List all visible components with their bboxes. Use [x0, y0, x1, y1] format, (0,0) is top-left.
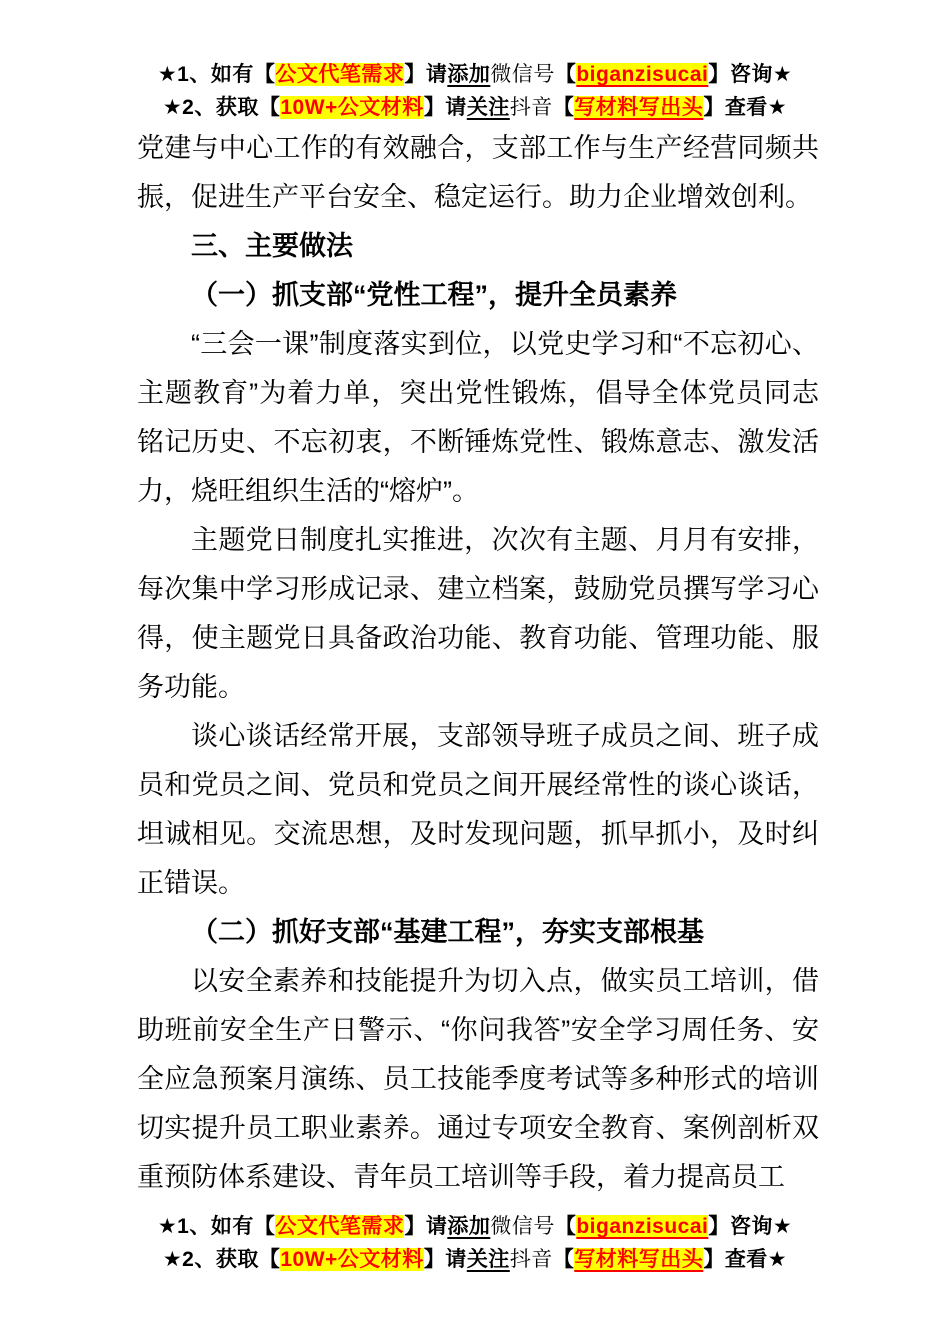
star-prefix: ★2、获取【: [163, 96, 281, 119]
paragraph: 主题党日制度扎实推进，次次有主题、月月有安排，每次集中学习形成记录、建立档案，鼓…: [137, 516, 819, 712]
view-suffix: 查看★: [725, 1248, 787, 1271]
star-prefix: ★1、如有【: [158, 1215, 276, 1238]
service-name-highlight: 公文代笔需求: [275, 63, 404, 86]
bracket-after-service: 】请: [424, 1248, 467, 1271]
subsection-heading-2: （二）抓好支部“基建工程”，夯实支部根基: [137, 908, 819, 957]
promo-footer: ★1、如有【公文代笔需求】请添加微信号【biganzisucai】咨询★ ★2、…: [0, 1210, 950, 1276]
douyin-label: 抖音: [510, 96, 553, 119]
paragraph: 以安全素养和技能提升为切入点，做实员工培训，借助班前安全生产日警示、“你问我答”…: [137, 957, 819, 1202]
service-name-highlight: 公文代笔需求: [275, 1215, 404, 1238]
consult-suffix: 咨询★: [730, 1215, 792, 1238]
bracket-open: 【: [555, 63, 577, 86]
subsection-heading-1: （一）抓支部“党性工程”，提升全员素养: [137, 271, 819, 320]
promo-footer-line-2: ★2、获取【10W+公文材料】请关注抖音【写材料写出头】查看★: [0, 1243, 950, 1276]
bracket-close: 】: [703, 96, 725, 119]
material-name-highlight: 10W+公文材料: [280, 96, 423, 119]
bracket-close: 】: [703, 1248, 725, 1271]
document-body: 党建与中心工作的有效融合，支部工作与生产经营同频共振，促进生产平台安全、稳定运行…: [137, 124, 819, 1202]
wechat-label: 微信号: [490, 63, 555, 86]
douyin-label: 抖音: [510, 1248, 553, 1271]
consult-suffix: 咨询★: [730, 63, 792, 86]
bracket-after-service: 】请: [424, 96, 467, 119]
promo-header-line-2: ★2、获取【10W+公文材料】请关注抖音【写材料写出头】查看★: [0, 91, 950, 124]
star-prefix: ★2、获取【: [163, 1248, 281, 1271]
douyin-id-highlight: 写材料写出头: [574, 1248, 703, 1271]
material-name-highlight: 10W+公文材料: [280, 1248, 423, 1271]
star-prefix: ★1、如有【: [158, 63, 276, 86]
bracket-close: 】: [708, 63, 730, 86]
paragraph: 谈心谈话经常开展，支部领导班子成员之间、班子成员和党员之间、党员和党员之间开展经…: [137, 712, 819, 908]
paragraph-continuation: 党建与中心工作的有效融合，支部工作与生产经营同频共振，促进生产平台安全、稳定运行…: [137, 124, 819, 222]
action-follow-underlined: 关注: [467, 1248, 510, 1271]
wechat-label: 微信号: [490, 1215, 555, 1238]
bracket-after-service: 】请: [404, 63, 447, 86]
bracket-open: 【: [553, 1248, 575, 1271]
action-follow-underlined: 关注: [467, 96, 510, 119]
promo-header: ★1、如有【公文代笔需求】请添加微信号【biganzisucai】咨询★ ★2、…: [0, 58, 950, 124]
action-add-underlined: 添加: [447, 63, 490, 86]
document-page: ★1、如有【公文代笔需求】请添加微信号【biganzisucai】咨询★ ★2、…: [0, 0, 950, 1344]
view-suffix: 查看★: [725, 96, 787, 119]
promo-header-line-1: ★1、如有【公文代笔需求】请添加微信号【biganzisucai】咨询★: [0, 58, 950, 91]
paragraph: “三会一课”制度落实到位，以党史学习和“不忘初心、主题教育”为着力单，突出党性锻…: [137, 320, 819, 516]
action-add-underlined: 添加: [447, 1215, 490, 1238]
bracket-open: 【: [553, 96, 575, 119]
wechat-id-highlight: biganzisucai: [576, 63, 708, 86]
douyin-id-highlight: 写材料写出头: [574, 96, 703, 119]
bracket-open: 【: [555, 1215, 577, 1238]
section-heading-main: 三、主要做法: [137, 222, 819, 271]
bracket-close: 】: [708, 1215, 730, 1238]
wechat-id-highlight: biganzisucai: [576, 1215, 708, 1238]
promo-footer-line-1: ★1、如有【公文代笔需求】请添加微信号【biganzisucai】咨询★: [0, 1210, 950, 1243]
bracket-after-service: 】请: [404, 1215, 447, 1238]
